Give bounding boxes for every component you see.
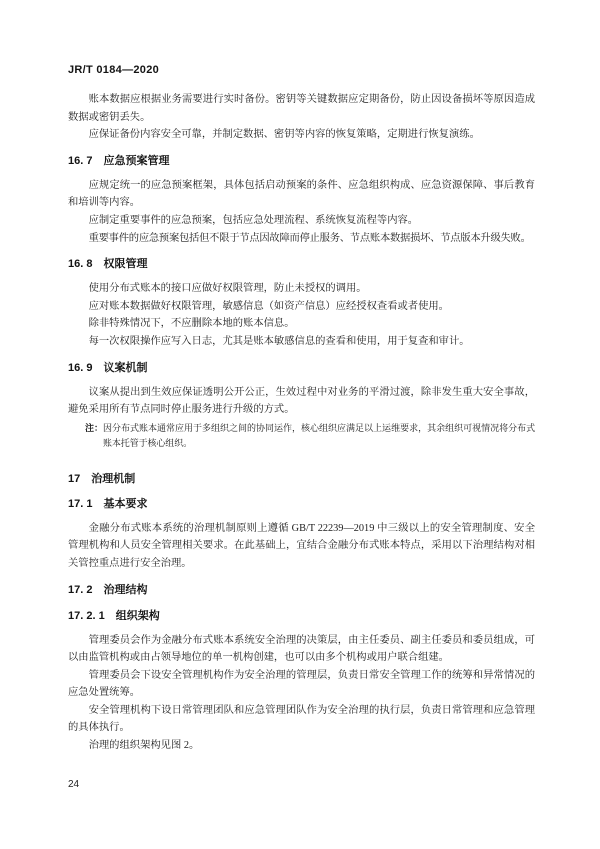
page-content: JR/T 0184—2020 账本数据应根据业务需要进行实时备份。密钥等关键数据… bbox=[68, 64, 535, 755]
section-title: 组织架构 bbox=[116, 610, 160, 622]
paragraph: 管理委员会作为金融分布式账本系统安全治理的决策层，由主任委员、副主任委员和委员组… bbox=[68, 632, 535, 667]
section-title: 权限管理 bbox=[103, 258, 147, 270]
paragraph: 安全管理机构下设日常管理团队和应急管理团队作为安全治理的执行层，负责日常管理和应… bbox=[68, 702, 535, 737]
document-body: 账本数据应根据业务需要进行实时备份。密钥等关键数据应定期备份，防止因设备损坏等原… bbox=[68, 91, 535, 755]
section-title: 基本要求 bbox=[103, 498, 147, 510]
paragraph: 应保证备份内容安全可靠，并制定数据、密钥等内容的恢复策略，定期进行恢复演练。 bbox=[68, 126, 535, 144]
chapter-heading-17: 17治理机制 bbox=[68, 472, 535, 487]
section-number: 16. 7 bbox=[68, 154, 92, 169]
paragraph: 应规定统一的应急预案框架，具体包括启动预案的条件、应急组织构成、应急资源保障、事… bbox=[68, 177, 535, 212]
paragraph: 治理的组织架构见图 2。 bbox=[68, 737, 535, 755]
page-number: 24 bbox=[68, 779, 79, 790]
note-text: 因分布式账本通常应用于多组织之间的协同运作，核心组织应满足以上运维要求，其余组织… bbox=[103, 423, 535, 449]
paragraph: 金融分布式账本系统的治理机制原则上遵循 GB/T 22239—2019 中三级以… bbox=[68, 520, 535, 573]
section-number: 16. 8 bbox=[68, 257, 92, 272]
section-heading-16-9: 16. 9议案机制 bbox=[68, 361, 535, 376]
section-title: 治理结构 bbox=[103, 584, 147, 596]
standard-number-header: JR/T 0184—2020 bbox=[68, 64, 535, 76]
section-number: 16. 9 bbox=[68, 361, 92, 376]
paragraph: 应制定重要事件的应急预案，包括应急处理流程、系统恢复流程等内容。 bbox=[68, 212, 535, 230]
paragraph: 议案从提出到生效应保证透明公开公正，生效过程中对业务的平滑过渡，除非发生重大安全… bbox=[68, 384, 535, 419]
chapter-number: 17 bbox=[68, 472, 80, 487]
section-number: 17. 2. 1 bbox=[68, 609, 105, 624]
section-heading-17-2-1: 17. 2. 1组织架构 bbox=[68, 609, 535, 624]
chapter-title: 治理机制 bbox=[91, 473, 135, 485]
paragraph: 每一次权限操作应写入日志，尤其是账本敏感信息的查看和使用，用于复查和审计。 bbox=[68, 333, 535, 351]
section-title: 议案机制 bbox=[103, 362, 147, 374]
paragraph: 管理委员会下设安全管理机构作为安全治理的管理层，负责日常安全管理工作的统筹和异常… bbox=[68, 667, 535, 702]
section-number: 17. 2 bbox=[68, 583, 92, 598]
note-label: 注： bbox=[85, 423, 103, 433]
section-heading-16-8: 16. 8权限管理 bbox=[68, 257, 535, 272]
paragraph: 使用分布式账本的接口应做好权限管理，防止未授权的调用。 bbox=[68, 280, 535, 298]
paragraph: 重要事件的应急预案包括但不限于节点因故障而停止服务、节点账本数据损坏、节点版本升… bbox=[68, 230, 535, 248]
section-title: 应急预案管理 bbox=[103, 155, 169, 167]
paragraph: 除非特殊情况下，不应删除本地的账本信息。 bbox=[68, 315, 535, 333]
section-heading-16-7: 16. 7应急预案管理 bbox=[68, 154, 535, 169]
paragraph: 应对账本数据做好权限管理，敏感信息（如资产信息）应经授权查看或者使用。 bbox=[68, 298, 535, 316]
paragraph: 账本数据应根据业务需要进行实时备份。密钥等关键数据应定期备份，防止因设备损坏等原… bbox=[68, 91, 535, 126]
note: 注：因分布式账本通常应用于多组织之间的协同运作，核心组织应满足以上运维要求，其余… bbox=[68, 421, 535, 452]
section-heading-17-2: 17. 2治理结构 bbox=[68, 583, 535, 598]
document-page: JR/T 0184—2020 账本数据应根据业务需要进行实时备份。密钥等关键数据… bbox=[0, 0, 600, 849]
section-heading-17-1: 17. 1基本要求 bbox=[68, 497, 535, 512]
section-number: 17. 1 bbox=[68, 497, 92, 512]
